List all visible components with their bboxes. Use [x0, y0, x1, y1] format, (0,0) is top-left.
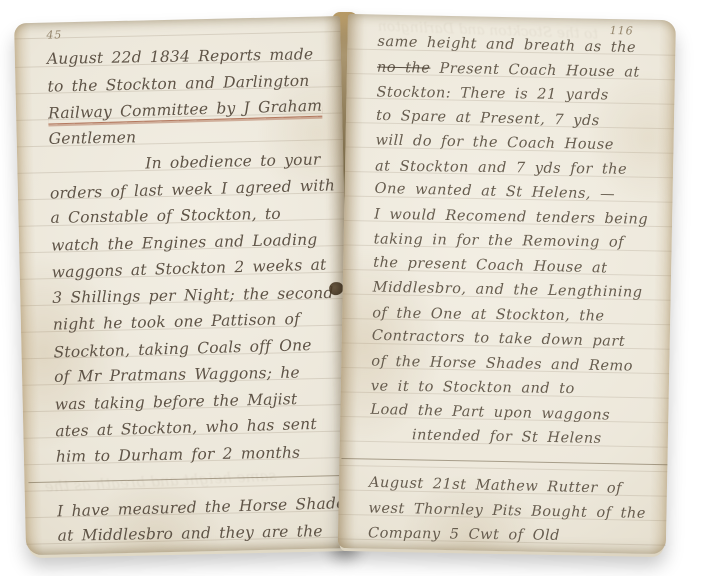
manuscript-line: August 22d 1834 Reports made: [47, 41, 333, 72]
manuscript-line: Gentlemen: [48, 120, 334, 151]
right-page: 116 to the Stockton and Darlington same …: [338, 14, 676, 554]
left-page: 45 same height and breath as the August …: [14, 16, 352, 555]
manuscript-line: 3 Shillings per Night; the second: [52, 279, 338, 310]
right-page-text: same height and breath as the no thePres…: [338, 14, 676, 554]
manuscript-line: at Middlesbro and they are the: [57, 518, 343, 549]
manuscript-photo: 45 same height and breath as the August …: [0, 0, 706, 576]
manuscript-line: of Mr Pratmans Waggons; he: [54, 359, 340, 390]
underlined-heading: Railway Committee by J Graham: [48, 97, 323, 125]
struck-out-words: no the: [377, 59, 431, 76]
manuscript-line-rest: Present Coach House at: [439, 60, 640, 80]
manuscript-line: Company 5 Cwt of Old: [368, 521, 660, 549]
manuscript-line: a Constable of Stockton, to: [50, 200, 336, 231]
left-page-text: August 22d 1834 Reports made to the Stoc…: [14, 16, 352, 555]
